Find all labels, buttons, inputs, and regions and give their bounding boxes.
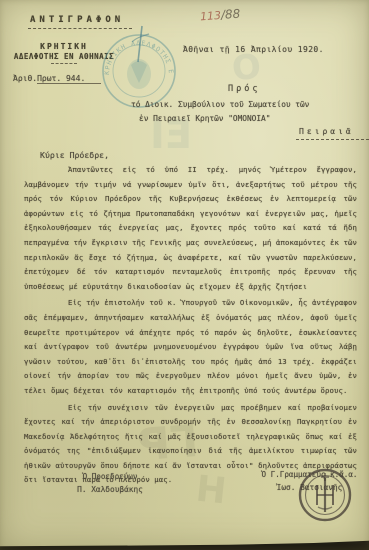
addressee-line1: τό Διοικ. Συμβούλιον τοῦ Σωματείου τῶν xyxy=(131,100,309,109)
paragraph-1: Ἀπαντῶντες εἰς τό ὑπό ΙΙ τρέχ. μηνός Ὑμέ… xyxy=(24,163,357,294)
protocol-number: Ἀριθ.Πρωτ. 944. xyxy=(13,74,101,83)
signature-left-title: Ὁ Προεδρεύων xyxy=(50,472,170,481)
scan-edge-shadow xyxy=(0,540,369,550)
protocol-prefix: Ἀριθ. xyxy=(13,74,37,83)
folio-number-red: 113 xyxy=(200,9,222,23)
folio-number-gray: /88 xyxy=(221,7,241,22)
protocol-value: Πρωτ. 944. xyxy=(37,74,101,84)
salutation: Κύριε Πρόεδρε, xyxy=(40,150,109,160)
signature-left: Ὁ Προεδρεύων Π. Χαλδουβάκης xyxy=(50,472,170,494)
letter-body: Ἀπαντῶντες εἰς τό ὑπό ΙΙ τρέχ. μηνός Ὑμέ… xyxy=(24,163,357,488)
archive-round-stamp-icon xyxy=(297,467,353,523)
letterhead-rule xyxy=(51,63,77,64)
pen-mark-icon xyxy=(128,24,152,66)
addressee-line2: ἐν Πειραιεῖ Κρητῶν "ΟΜΟΝΟΙΑ" xyxy=(139,114,270,123)
to-label: Πρός xyxy=(228,84,260,94)
paragraph-2: Εἰς τήν ἐπιστολήν τοῦ κ. Ὑπουργοῦ τῶν Οἰ… xyxy=(24,296,357,398)
addressee-city-underline xyxy=(296,139,369,140)
copy-label-underline xyxy=(28,28,132,29)
addressee-city: Πειραιᾶ xyxy=(299,127,354,136)
copy-label: ΑΝΤΙΓΡΑΦΟΝ xyxy=(30,15,124,25)
date-line: Ἀθῆναι τῇ 16 Ἀπριλίου 1920. xyxy=(183,45,324,54)
folio-number: 113/88 xyxy=(200,7,241,24)
signature-left-name: Π. Χαλδουβάκης xyxy=(50,485,170,494)
